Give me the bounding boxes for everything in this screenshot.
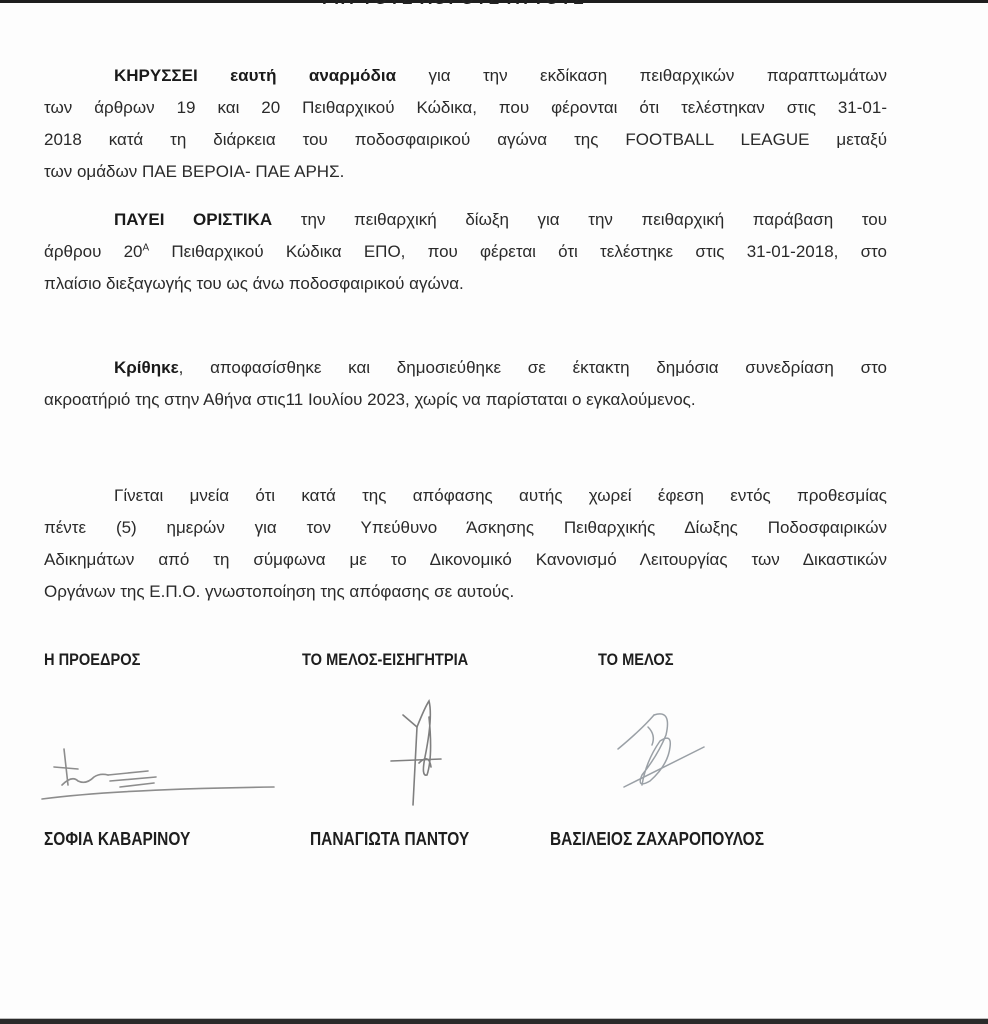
paragraph-text: , αποφασίσθηκε και δημοσιεύθηκε σε έκτακ… (179, 358, 887, 377)
paragraph-text: Αδικημάτων από τη σύμφωνα με το Δικονομι… (44, 544, 887, 576)
paragraph-lead: Κρίθηκε (114, 358, 179, 377)
paragraph-text: για την εκδίκαση πειθαρχικών παραπτωμάτω… (396, 66, 887, 85)
signature-member (612, 705, 722, 795)
paragraph-text: Γίνεται μνεία ότι κατά της απόφασης αυτή… (114, 486, 887, 505)
paragraph-text: Οργάνων της Ε.Π.Ο. γνωστοποίηση της απόφ… (44, 576, 887, 608)
paragraph-text: πέντε (5) ημερών για τον Υπεύθυνο Άσκηση… (44, 512, 887, 544)
window-bottom-border (0, 1018, 988, 1024)
paragraph-text: 2018 κατά τη διάρκεια του ποδοσφαιρικού … (44, 124, 887, 156)
paragraph-appeal-notice: Γίνεται μνεία ότι κατά της απόφασης αυτή… (44, 480, 887, 608)
signatory-title-president: Η ΠΡΟΕΔΡΟΣ (44, 650, 140, 670)
paragraph-text: άρθρου 20 (44, 242, 142, 261)
paragraph-lead: ΚΗΡΥΣΣΕΙ εαυτή αναρμόδια (114, 66, 396, 85)
paragraph-terminates-prosecution: ΠΑΥΕΙ ΟΡΙΣΤΙΚΑ την πειθαρχική δίωξη για … (44, 204, 887, 300)
paragraph-declares-incompetent: ΚΗΡΥΣΣΕΙ εαυτή αναρμόδια για την εκδίκασ… (44, 60, 887, 188)
signatory-title-member: ΤΟ ΜΕΛΟΣ (598, 650, 674, 670)
signatory-title-rapporteur: ΤΟ ΜΕΛΟΣ-ΕΙΣΗΓΗΤΡΙΑ (302, 650, 468, 670)
paragraph-text: των ομάδων ΠΑΕ ΒΕΡΟΙΑ- ΠΑΕ ΑΡΗΣ. (44, 156, 887, 188)
signature-rapporteur (385, 697, 465, 807)
signature-president (38, 745, 278, 805)
paragraph-lead: ΠΑΥΕΙ ΟΡΙΣΤΙΚΑ (114, 210, 272, 229)
paragraph-judged: Κρίθηκε, αποφασίσθηκε και δημοσιεύθηκε σ… (44, 352, 887, 416)
paragraph-text: πλαίσιο διεξαγωγής του ως άνω ποδοσφαιρι… (44, 268, 887, 300)
signatory-name-president: ΣΟΦΙΑ ΚΑΒΑΡΙΝΟΥ (44, 829, 190, 850)
cut-off-heading: ΓΙΑ ΤΟΥΣ ΛΟΓΟΥΣ ΑΥΤΟΥΣ (322, 0, 586, 9)
signatory-name-rapporteur: ΠΑΝΑΓΙΩΤΑ ΠΑΝΤΟΥ (310, 829, 469, 850)
signatory-name-member: ΒΑΣΙΛΕΙΟΣ ΖΑΧΑΡΟΠΟΥΛΟΣ (550, 829, 764, 850)
paragraph-text: των άρθρων 19 και 20 Πειθαρχικού Κώδικα,… (44, 92, 887, 124)
paragraph-text: την πειθαρχική δίωξη για την πειθαρχική … (272, 210, 887, 229)
paragraph-text: Πειθαρχικού Κώδικα ΕΠΟ, που φέρεται ότι … (149, 242, 887, 261)
paragraph-text: ακροατήριό της στην Αθήνα στις11 Ιουλίου… (44, 384, 887, 416)
